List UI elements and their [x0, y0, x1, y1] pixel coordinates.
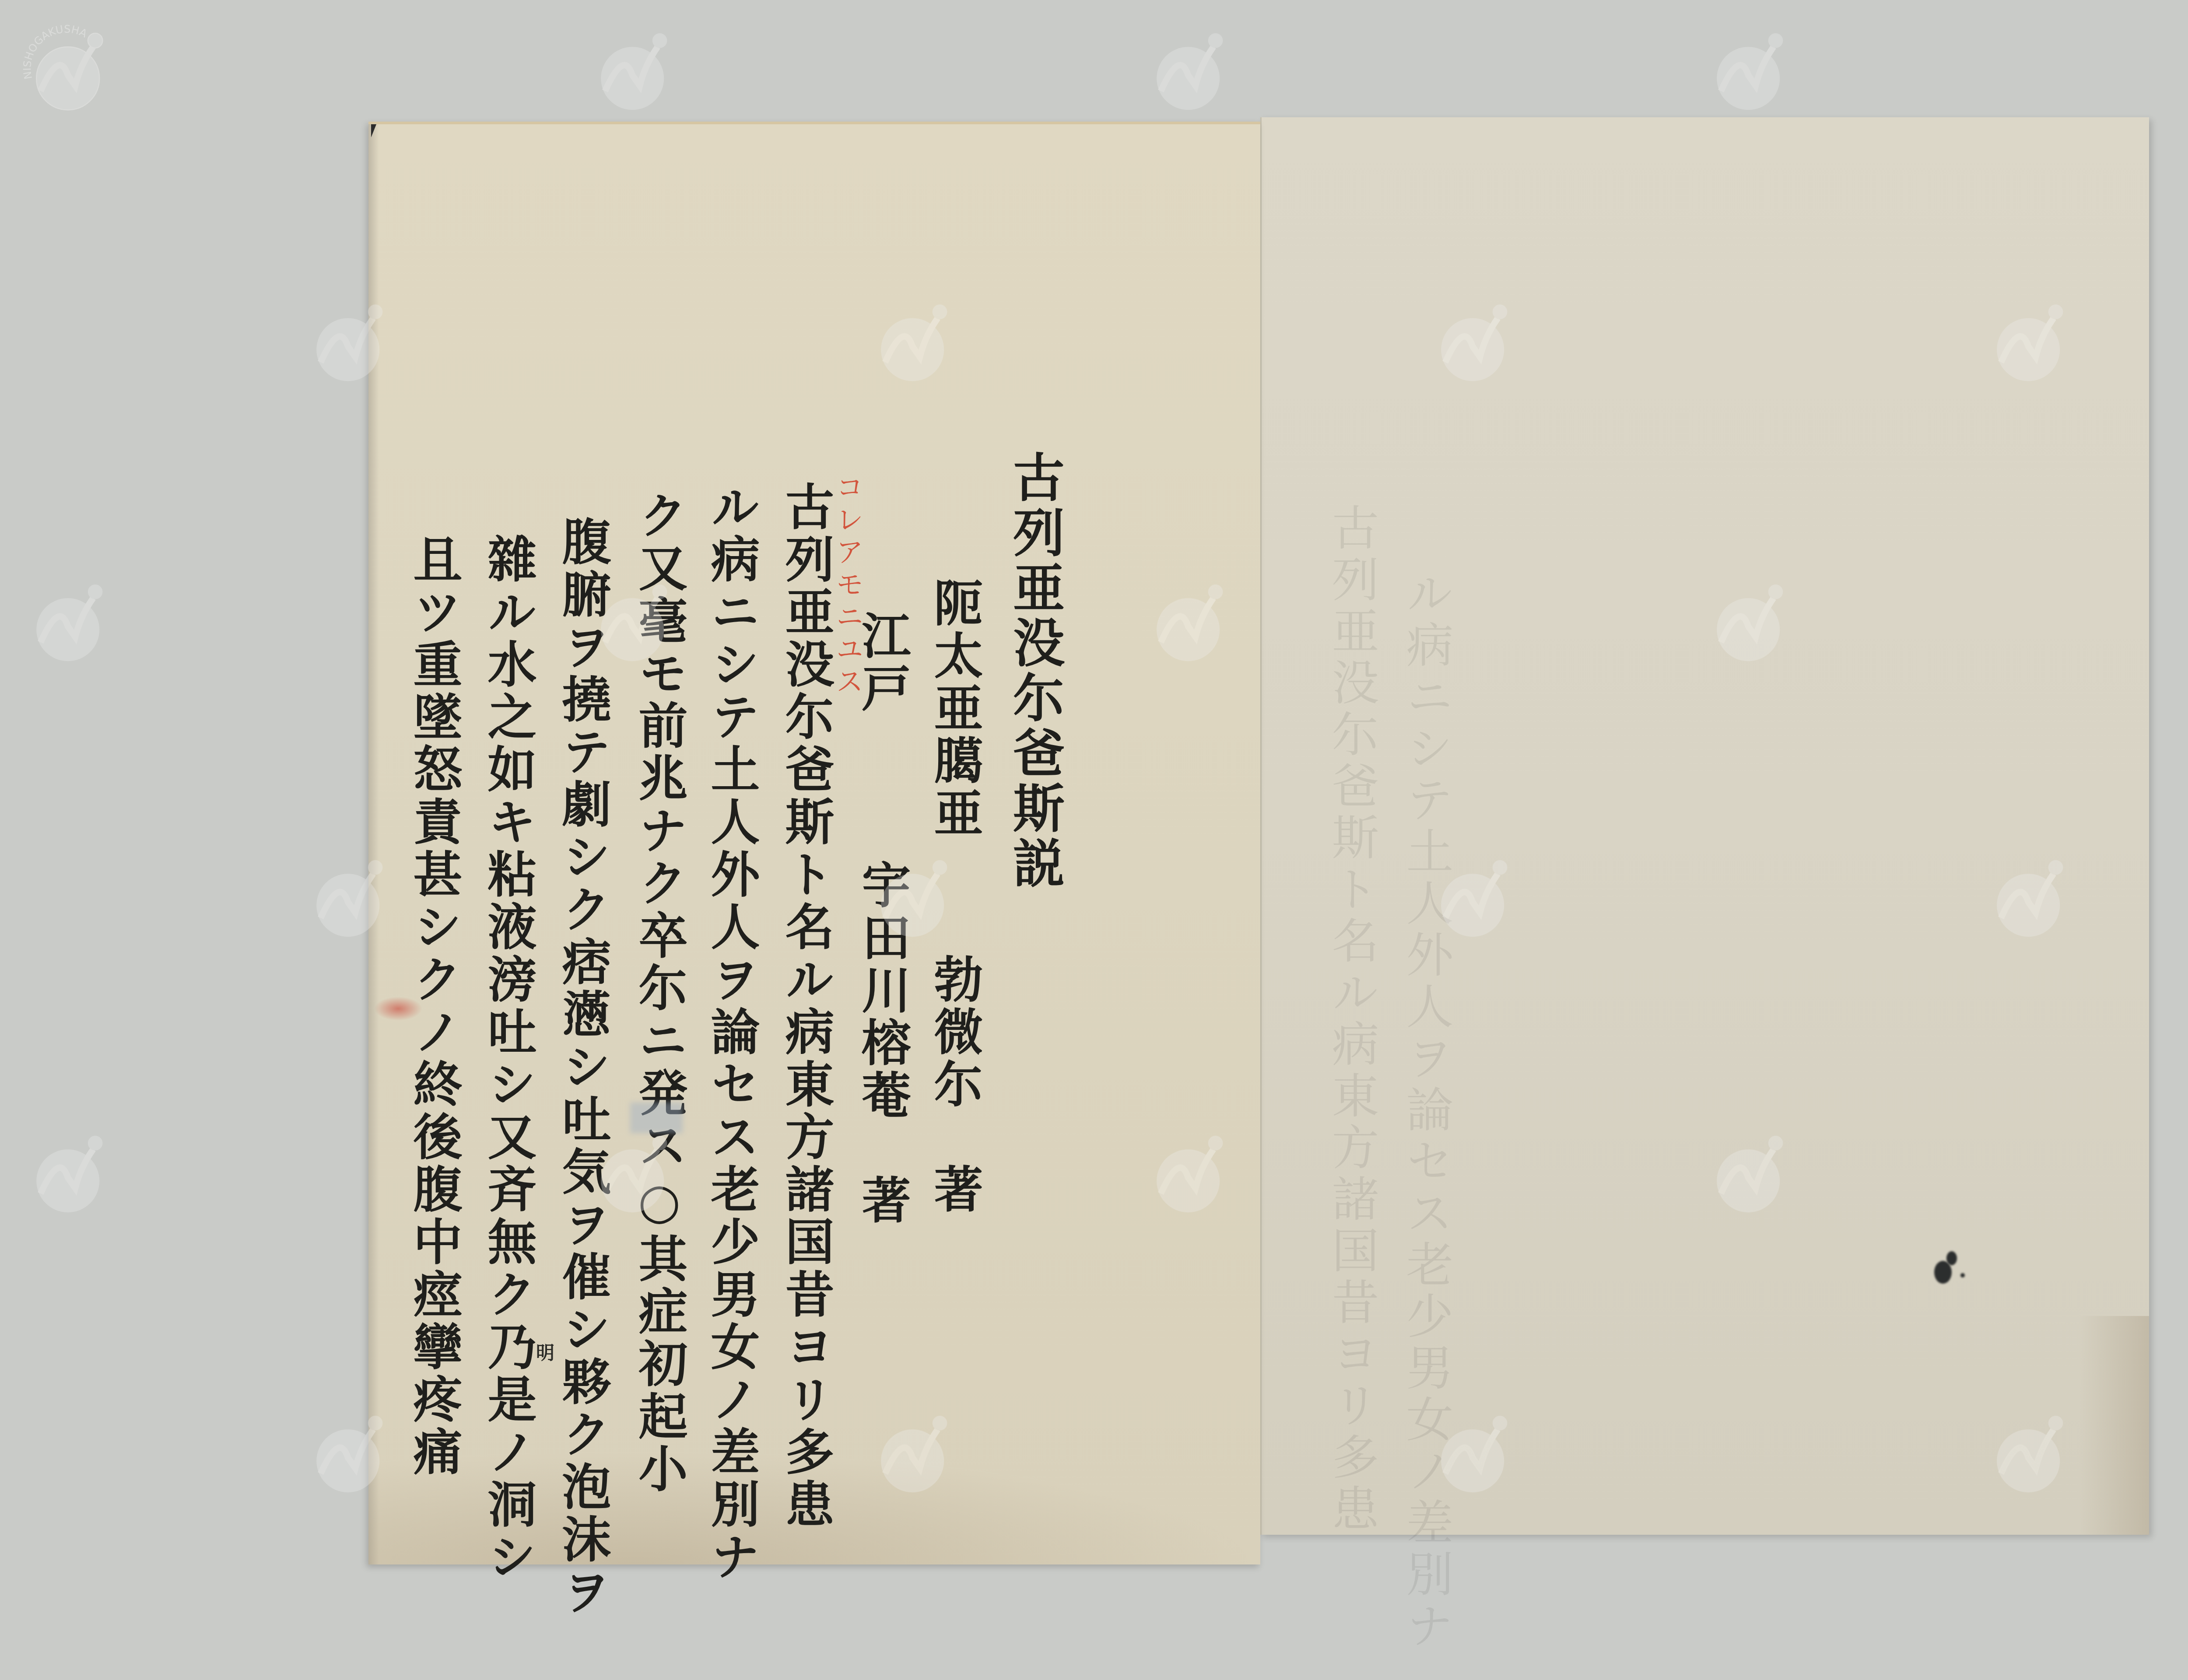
edge-stain [2079, 1316, 2149, 1535]
body-column-5: 雜ル水之如キ粘液滂吐シ又斉無ク乃是ノ洞シ [484, 534, 533, 1584]
red-ink-mark [374, 997, 422, 1021]
book-spread: 古列亜没尓爸斯ト名ル病東方諸国昔ヨリ多患 ル病ニシテ土人外人ヲ論セス老少男女ノ差… [0, 0, 2188, 1680]
translator-column: 江戸宇田川榕菴著 [858, 610, 907, 1227]
margin-note: 明 [536, 1339, 554, 1365]
show-through-text: 古列亜没尓爸斯ト名ル病東方諸国昔ヨリ多患 [1317, 503, 1385, 1536]
translator-name: 宇田川榕菴 [854, 860, 911, 1122]
body-column-2: ル病ニシテ土人外人ヲ論セス老少男女ノ差別ナ [707, 481, 756, 1584]
original-author-column: 阨太亜臈亜勃微尓著 [930, 577, 979, 1216]
body-column-3: ク又毫モ前兆ナク卒尓ニ発ス○其症初起小 [635, 490, 684, 1496]
author-suffix: 著 [926, 1164, 983, 1216]
original-author-latin: 勃微尓 [926, 954, 983, 1111]
original-author-name: 阨太亜臈亜 [926, 577, 983, 840]
title-column: 古列亜没尓爸斯説 [1009, 451, 1060, 892]
corner-mark [371, 124, 376, 137]
ink-spot [1934, 1251, 1965, 1286]
blue-smudge [630, 1102, 683, 1133]
show-through-text: ル病ニシテ土人外人ヲ論セス老少男女ノ差別ナ [1392, 569, 1459, 1653]
body-column-1: 古列亜没尓爸斯ト名ル病東方諸国昔ヨリ多患 [781, 481, 830, 1531]
body-column-4: 腹腑ヲ撓テ劇シク痞懣シ吐気ヲ催シ夥ク泡沫ヲ [558, 516, 607, 1619]
translator-suffix: 著 [854, 1175, 911, 1227]
